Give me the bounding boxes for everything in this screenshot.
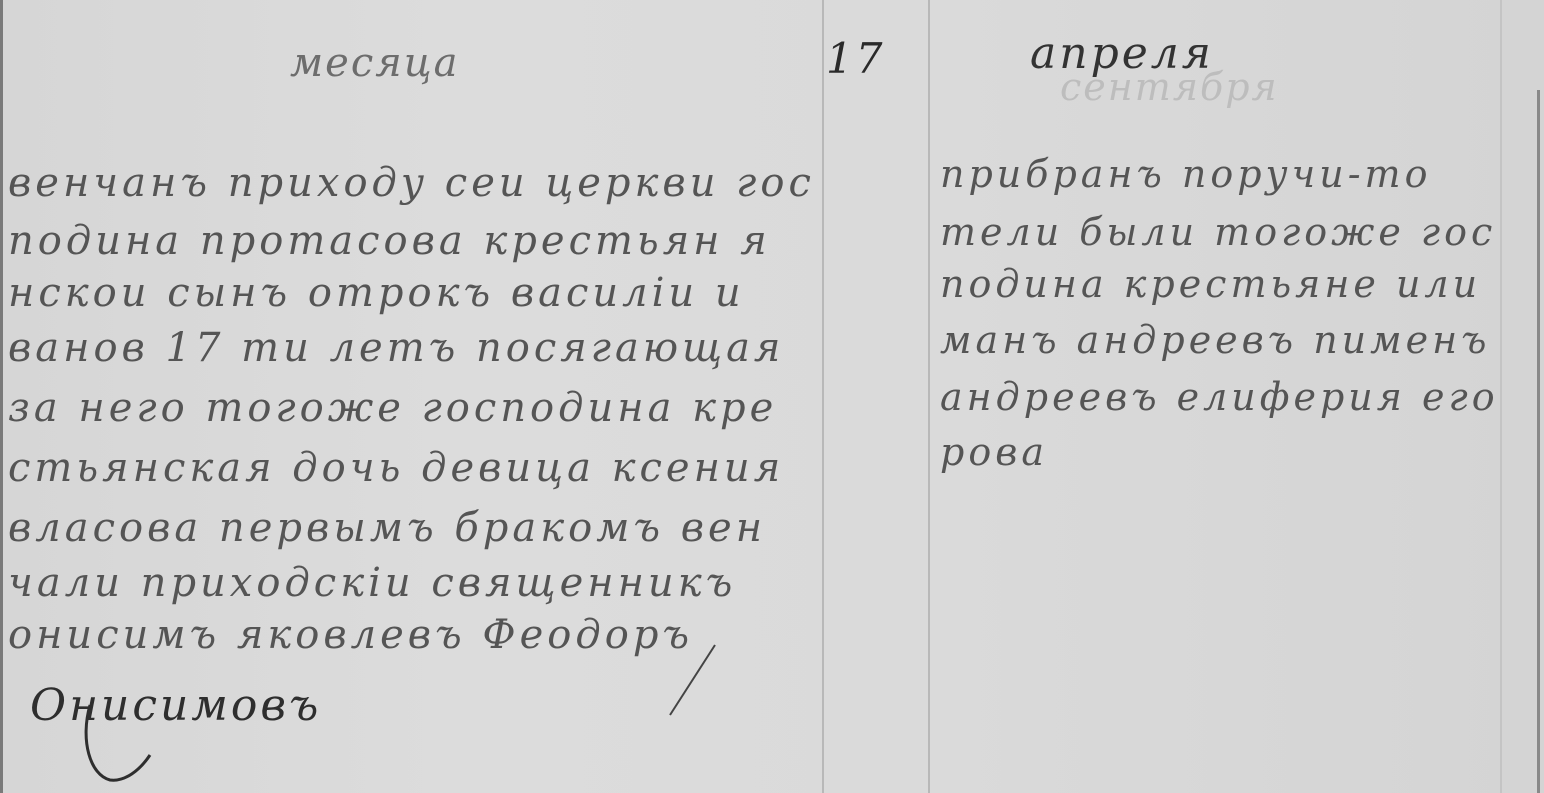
header-faded-overwrite: сентября [1060,65,1279,109]
signature-flourish-icon [80,700,170,790]
column-rule-1 [822,0,824,793]
page-right-edge [1537,90,1540,793]
record-line: подина протасова крестьян я [8,218,771,264]
record-line: власова первымъ бракомъ вен [8,505,766,551]
column-rule-3 [1500,0,1502,793]
header-day-number: 17 [826,34,885,83]
record-line: ванов 17 ти летъ посягающая [8,325,784,371]
witness-line: рова [940,430,1048,474]
witness-line: манъ андреевъ пименъ [940,318,1491,362]
signature: Онисимовъ [30,680,321,731]
record-line: онисимъ яковлевъ Феодоръ [8,612,693,658]
register-page: месяца 17 апреля сентября венчанъ приход… [0,0,1544,793]
page-left-edge [0,0,3,793]
record-line: стьянская дочь девица ксения [8,445,784,491]
witness-line: подина крестьяне или [940,262,1481,306]
witness-line: андреевъ елиферия его [940,375,1499,419]
record-line: венчанъ приходу сеи церкви гос [8,160,815,206]
record-line: чали приходскіи священникъ [8,560,736,606]
witness-line: тели были тогоже гос [940,210,1496,254]
witness-line: прибранъ поручи-то [940,152,1431,196]
record-line: за него тогоже господина кре [8,385,777,431]
pen-stroke-icon [660,640,720,720]
header-month-label: месяца [290,40,459,86]
record-line: нскои сынъ отрокъ василіи и [8,270,745,316]
column-rule-2 [928,0,930,793]
